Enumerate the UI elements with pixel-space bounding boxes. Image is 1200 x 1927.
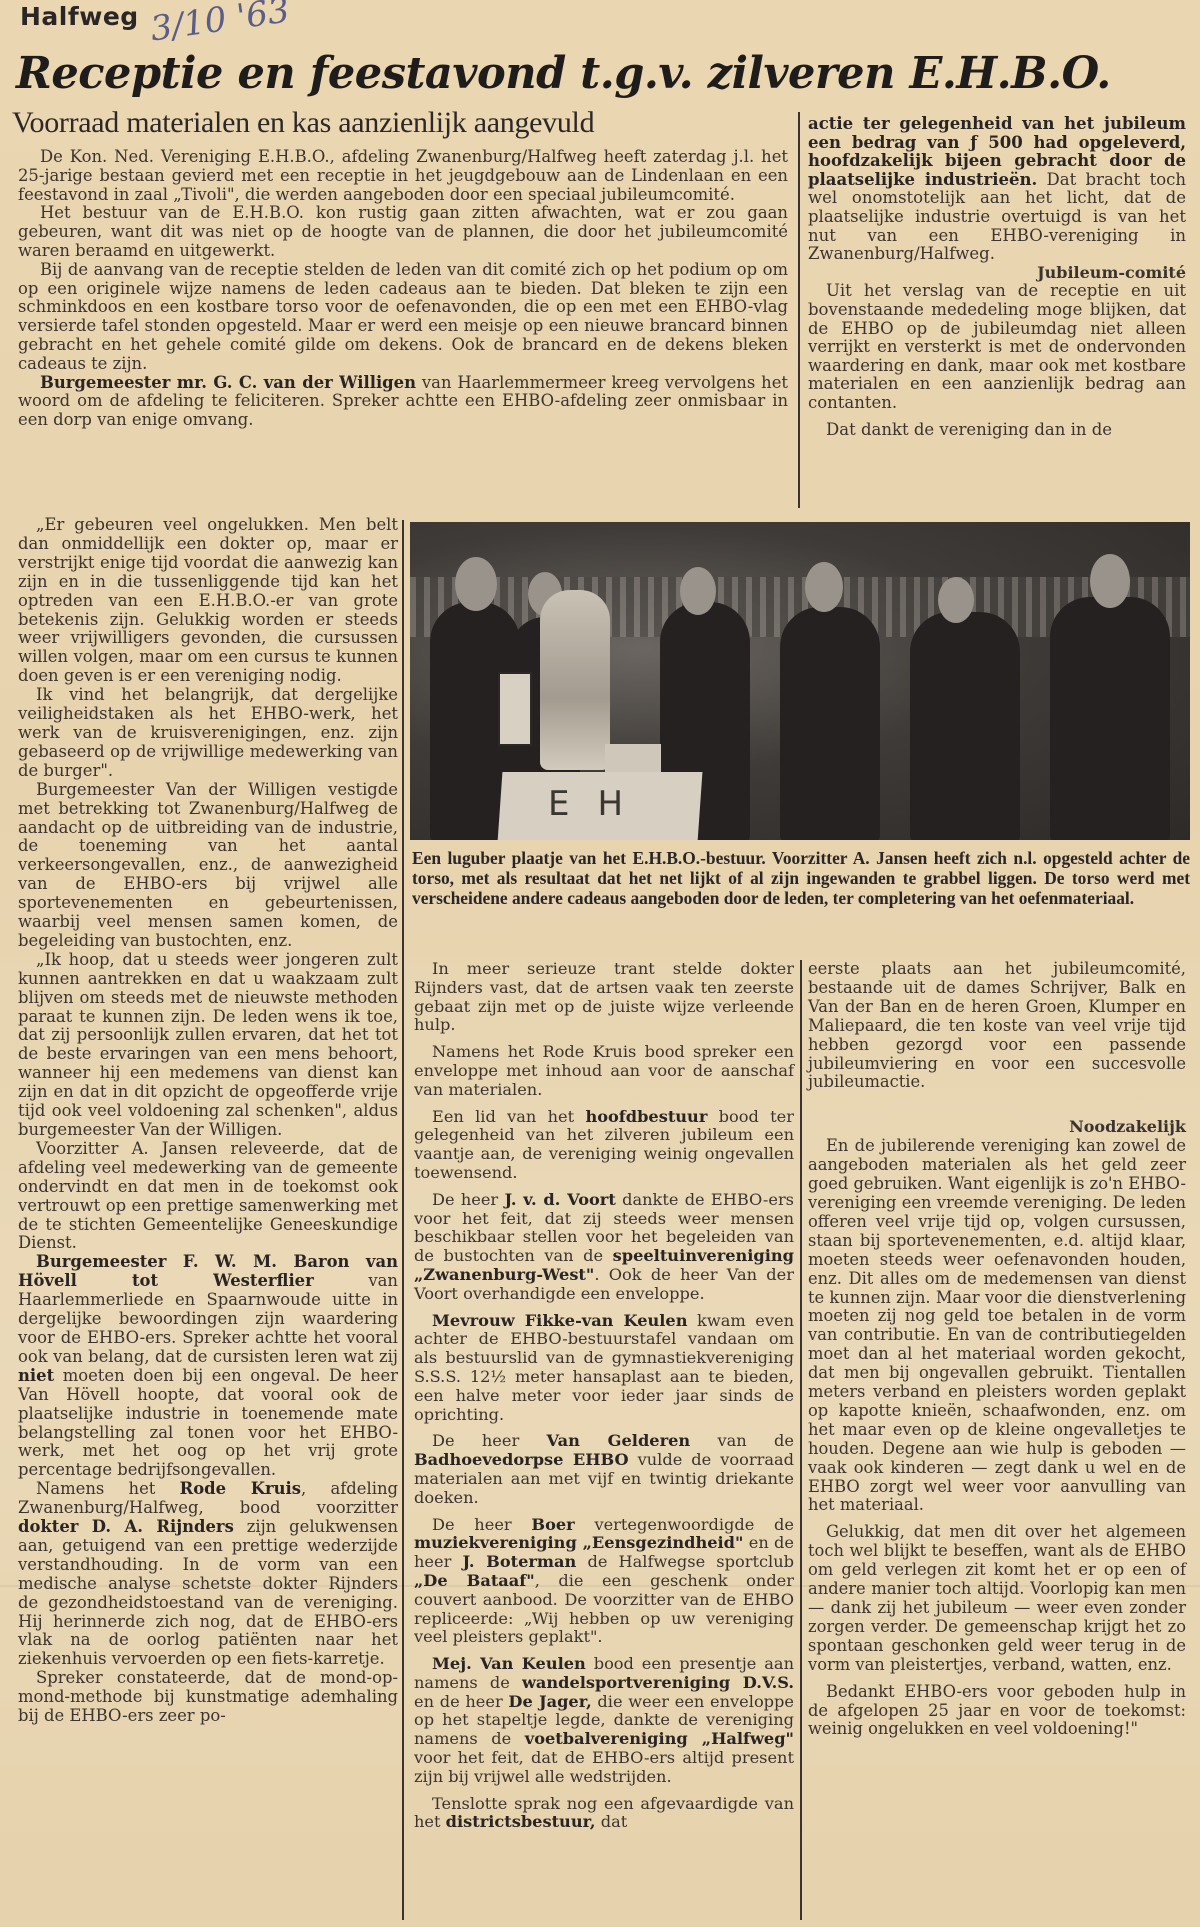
column-divider: [798, 112, 800, 508]
quote-paragraph: „Er gebeuren veel ongelukken. Men belt d…: [18, 516, 398, 686]
paragraph: Dat dankt de vereniging dan in de: [808, 421, 1186, 440]
photo-person-head: [680, 567, 716, 615]
paragraph: Gelukkig, dat men dit over het algemeen …: [808, 1523, 1186, 1674]
person-name: Burgemeester mr. G. C. van der Willigen: [40, 373, 416, 392]
paragraph-text: de Halfwegse sportclub: [576, 1552, 794, 1571]
paragraph: Burgemeester Van der Willigen vestigde m…: [18, 781, 398, 951]
paragraph: De heer Boer vertegenwoordigde de muziek…: [414, 1516, 794, 1648]
paragraph-text: Een lid van het: [432, 1107, 585, 1126]
right-top-column: actie ter gelegenheid van het jubileum e…: [808, 115, 1186, 439]
person-name: Mej. Van Keulen: [432, 1654, 586, 1673]
headline: Receptie en feestavond t.g.v. zilveren E…: [16, 48, 1172, 99]
paragraph: actie ter gelegenheid van het jubileum e…: [808, 115, 1186, 264]
section-heading: Jubileum-comité: [808, 264, 1186, 283]
right-bottom-column: eerste plaats aan het jubileumcomité, be…: [808, 960, 1186, 1739]
photo-person: [780, 607, 880, 840]
emphasis: niet: [18, 1366, 54, 1385]
organization-name: Rode Kruis: [180, 1479, 301, 1498]
paragraph: Uit het verslag van de receptie en uit b…: [808, 282, 1186, 412]
photo-person-head: [805, 562, 843, 612]
person-name: De Jager,: [508, 1692, 591, 1711]
table-lettering: EH: [548, 784, 651, 824]
person-name: Van Gelderen: [547, 1431, 691, 1450]
organization-name: hoofdbestuur: [585, 1107, 707, 1126]
news-photo: EH: [410, 522, 1190, 840]
organization-name: wandelsportvereniging D.V.S.: [522, 1673, 794, 1692]
lead-paragraph: Bij de aanvang van de receptie stelden d…: [18, 261, 788, 374]
paragraph: In meer serieuze trant stelde dokter Rij…: [414, 960, 794, 1035]
photo-person: [910, 612, 1020, 840]
paragraph-text: De heer: [432, 1190, 504, 1209]
paragraph-text: vertegenwoordigde de: [575, 1515, 794, 1534]
paragraph: Mevrouw Fikke-van Keulen kwam even achte…: [414, 1312, 794, 1425]
lead-article-column: De Kon. Ned. Vereniging E.H.B.O., afdeli…: [18, 148, 788, 430]
handwritten-date: 3/10 '63: [148, 0, 292, 50]
organization-name: „De Bataaf": [414, 1571, 535, 1590]
middle-column: In meer serieuze trant stelde dokter Rij…: [414, 960, 794, 1832]
organization-name: muziekvereniging „Eensgezindheid": [414, 1533, 743, 1552]
paragraph: Namens het Rode Kruis, afdeling Zwanenbu…: [18, 1480, 398, 1669]
paragraph-text: dat: [596, 1812, 628, 1831]
lead-paragraph: Burgemeester mr. G. C. van der Willigen …: [18, 374, 788, 430]
person-name: Mevrouw Fikke-van Keulen: [432, 1311, 688, 1330]
paragraph: Een lid van het hoofdbestuur bood ter ge…: [414, 1108, 794, 1183]
organization-name: voetbalvereniging „Halfweg": [525, 1729, 794, 1748]
paragraph-text: en de heer: [414, 1692, 508, 1711]
paragraph-text: Namens het: [36, 1479, 180, 1498]
photo-person-head: [455, 557, 497, 611]
lead-paragraph: Het bestuur van de E.H.B.O. kon rustig g…: [18, 204, 788, 260]
photo-person: [1050, 597, 1170, 840]
paragraph-text: voor het feit, dat de EHBO-ers altijd pr…: [414, 1748, 794, 1786]
paragraph: Bedankt EHBO-ers voor geboden hulp in de…: [808, 1683, 1186, 1740]
location-kicker: Halfweg: [20, 2, 139, 31]
lead-paragraph: De Kon. Ned. Vereniging E.H.B.O., afdeli…: [18, 148, 788, 204]
photo-caption: Een luguber plaatje van het E.H.B.O.-bes…: [412, 848, 1190, 909]
column-divider: [800, 960, 802, 1920]
paragraph-text: De heer: [432, 1431, 547, 1450]
left-column: „Er gebeuren veel ongelukken. Men belt d…: [18, 516, 398, 1726]
paragraph: De heer Van Gelderen van de Badhoevedorp…: [414, 1432, 794, 1507]
paragraph-text: moeten doen bij een ongeval. De heer Van…: [18, 1366, 398, 1480]
organization-name: Badhoevedorpse EHBO: [414, 1450, 629, 1469]
photo-person-head: [1090, 554, 1130, 608]
person-name: J. v. d. Voort: [504, 1190, 615, 1209]
paragraph: Spreker constateerde, dat de mond-op-mon…: [18, 1669, 398, 1726]
paragraph-text: zijn gelukwensen aan, getuigend van een …: [18, 1517, 398, 1668]
paragraph-text: van de: [690, 1431, 794, 1450]
subheadline: Voorraad materialen en kas aanzienlijk a…: [12, 106, 792, 140]
quote-paragraph: „Ik hoop, dat u steeds weer jongeren zul…: [18, 951, 398, 1140]
column-divider: [402, 520, 404, 1920]
person-name: J. Boterman: [462, 1552, 576, 1571]
paragraph: Burgemeester F. W. M. Baron van Hövell t…: [18, 1253, 398, 1480]
paragraph: eerste plaats aan het jubileumcomité, be…: [808, 960, 1186, 1092]
paragraph: De heer J. v. d. Voort dankte de EHBO-er…: [414, 1191, 794, 1304]
paragraph: En de jubilerende vereniging kan zowel d…: [808, 1137, 1186, 1515]
ehbo-pennant: [498, 672, 532, 746]
paragraph-text: De heer: [432, 1515, 531, 1534]
person-name: Boer: [531, 1515, 574, 1534]
paragraph: Tenslotte sprak nog een afgevaardigde va…: [414, 1795, 794, 1833]
photo-person-head: [938, 577, 974, 623]
anatomical-torso: [540, 590, 610, 770]
organization-name: districtsbestuur,: [446, 1812, 596, 1831]
paragraph: Mej. Van Keulen bood een presentje aan n…: [414, 1655, 794, 1787]
paper-fold-line: [0, 1585, 1200, 1587]
section-heading: Noodzakelijk: [808, 1118, 1186, 1137]
newspaper-clipping: Halfweg 3/10 '63 Receptie en feestavond …: [0, 0, 1200, 1927]
paragraph: Namens het Rode Kruis bood spreker een e…: [414, 1043, 794, 1099]
person-name: dokter D. A. Rijnders: [18, 1517, 234, 1536]
paragraph: Voorzitter A. Jansen releveerde, dat de …: [18, 1140, 398, 1253]
quote-paragraph: Ik vind het belangrijk, dat dergelijke v…: [18, 686, 398, 781]
